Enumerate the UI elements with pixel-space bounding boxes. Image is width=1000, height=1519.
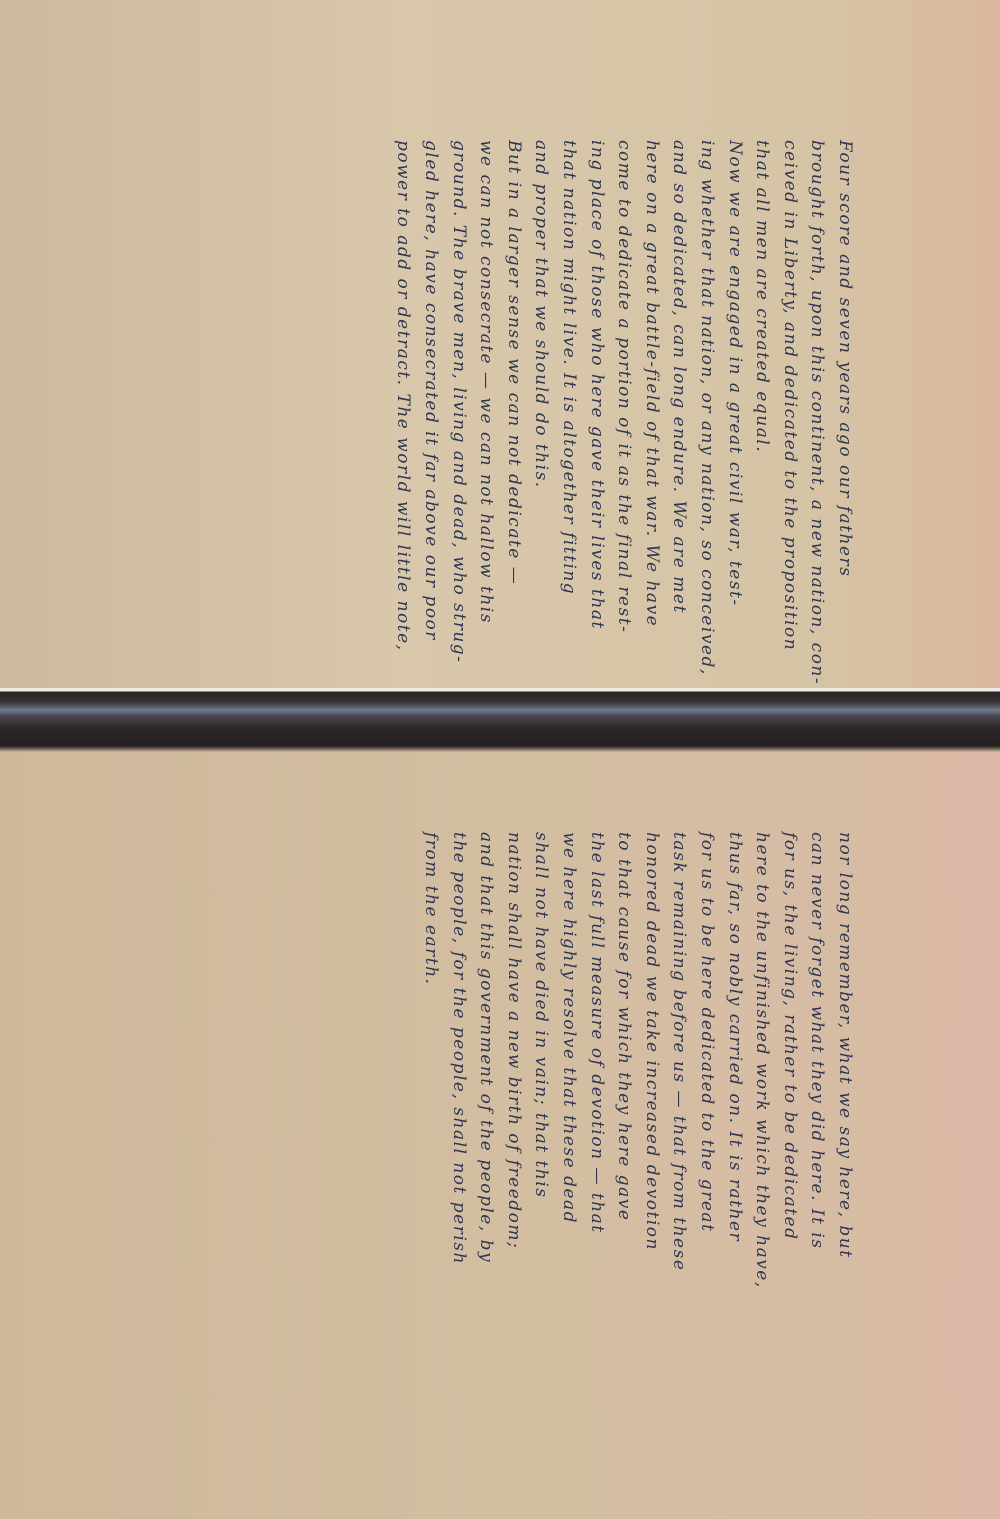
left-page: Four score and seven years ago our fathe…: [0, 0, 1000, 688]
text-line: here to the unfinished work which they h…: [748, 832, 776, 1289]
text-line: and that this government of the people, …: [472, 832, 500, 1289]
text-line: that all men are created equal.: [748, 140, 776, 685]
text-line: that nation might live. It is altogether…: [554, 140, 582, 685]
text-line: for us to be here dedicated to the great: [692, 832, 720, 1289]
text-line: shall not have died in vain; that this: [527, 832, 555, 1289]
text-line: for us, the living, rather to be dedicat…: [775, 832, 803, 1289]
text-line: the people, for the people, shall not pe…: [444, 832, 472, 1289]
text-line: task remaining before us — that from the…: [665, 832, 693, 1289]
right-page: nor long remember, what we say here, but…: [0, 752, 1000, 1519]
right-page-text: nor long remember, what we say here, but…: [417, 832, 859, 1289]
text-line: ground. The brave men, living and dead, …: [444, 140, 472, 685]
text-line: can never forget what they did here. It …: [803, 832, 831, 1289]
text-line: thus far, so nobly carried on. It is rat…: [720, 832, 748, 1289]
text-line: come to dedicate a portion of it as the …: [610, 140, 638, 685]
text-line: here on a great battle-field of that war…: [637, 140, 665, 685]
text-line: we can not consecrate — we can not hallo…: [472, 140, 500, 685]
text-line: But in a larger sense we can not dedicat…: [499, 140, 527, 685]
text-line: Four score and seven years ago our fathe…: [830, 140, 858, 685]
text-line: from the earth.: [417, 832, 445, 1289]
text-line: to that cause for which they here gave: [610, 832, 638, 1289]
book-spine: [0, 688, 1000, 752]
text-line: and so dedicated, can long endure. We ar…: [665, 140, 693, 685]
text-line: brought forth, upon this continent, a ne…: [803, 140, 831, 685]
text-line: ing place of those who here gave their l…: [582, 140, 610, 685]
text-line: the last full measure of devotion — that: [582, 832, 610, 1289]
left-page-text: Four score and seven years ago our fathe…: [389, 140, 858, 685]
text-line: nor long remember, what we say here, but: [830, 832, 858, 1289]
text-line: we here highly resolve that these dead: [554, 832, 582, 1289]
text-line: and proper that we should do this.: [527, 140, 555, 685]
text-line: honored dead we take increased devotion: [637, 832, 665, 1289]
text-line: power to add or detract. The world will …: [389, 140, 417, 685]
text-line: Now we are engaged in a great civil war,…: [720, 140, 748, 685]
text-line: ing whether that nation, or any nation, …: [692, 140, 720, 685]
text-line: gled here, have consecrated it far above…: [417, 140, 445, 685]
text-line: nation shall have a new birth of freedom…: [499, 832, 527, 1289]
text-line: ceived in Liberty, and dedicated to the …: [775, 140, 803, 685]
